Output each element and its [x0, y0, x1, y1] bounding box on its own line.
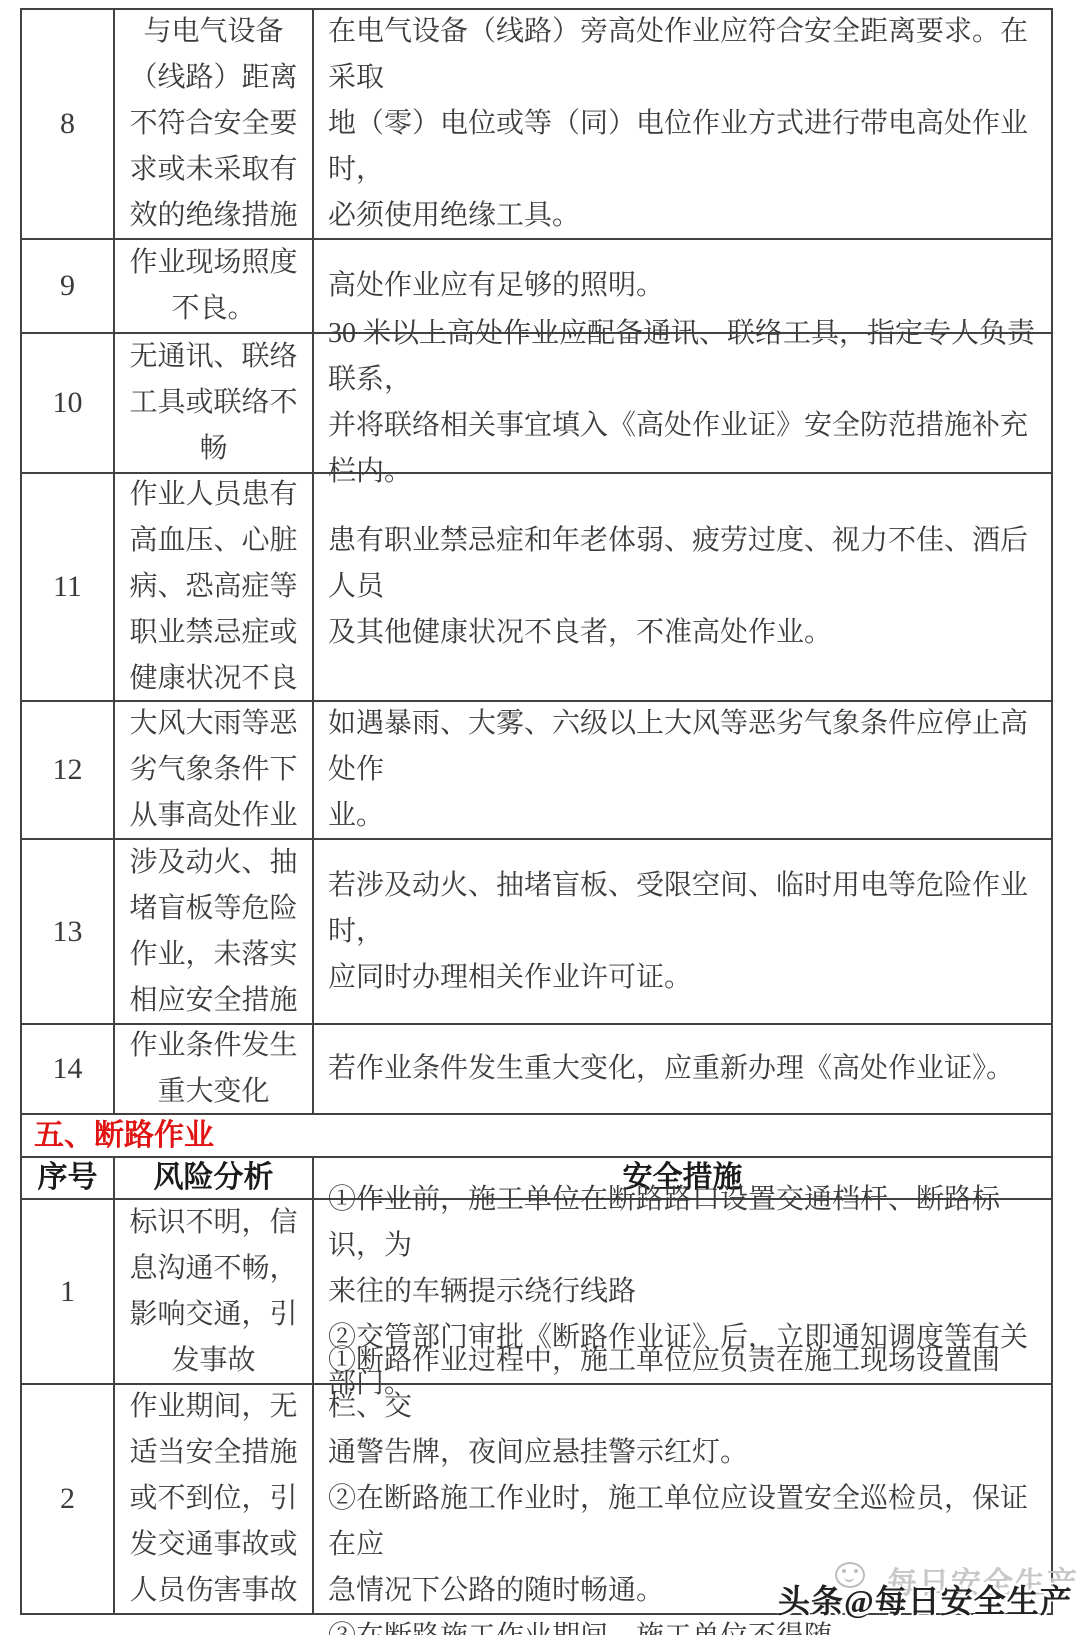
- cell-serial-number: 12: [22, 702, 115, 838]
- cell-safety-measures: 若涉及动火、抽堵盲板、受限空间、临时用电等危险作业时， 应同时办理相关作业许可证…: [314, 840, 1051, 1023]
- table-row: 10无通讯、联络 工具或联络不 畅30 米以上高处作业应配备通讯、联络工具，指定…: [22, 334, 1051, 474]
- section-header-row: 五、断路作业: [22, 1115, 1051, 1158]
- cell-risk-analysis: 大风大雨等恶 劣气象条件下 从事高处作业: [115, 702, 314, 838]
- cell-serial-number: 9: [22, 240, 115, 332]
- table-row: 8与电气设备 （线路）距离 不符合安全要 求或未采取有 效的绝缘措施在电气设备（…: [22, 10, 1051, 240]
- table-row: 14作业条件发生 重大变化若作业条件发生重大变化，应重新办理《高处作业证》。: [22, 1025, 1051, 1115]
- cell-serial-number: 13: [22, 840, 115, 1023]
- cell-serial-number: 8: [22, 10, 115, 238]
- section-title: 五、断路作业: [22, 1115, 214, 1157]
- cell-serial-number: 1: [22, 1200, 115, 1383]
- cell-serial-number: 2: [22, 1385, 115, 1613]
- cell-safety-measures: 患有职业禁忌症和年老体弱、疲劳过度、视力不佳、酒后人员 及其他健康状况不良者，不…: [314, 474, 1051, 700]
- cell-risk-analysis: 作业期间，无 适当安全措施 或不到位，引 发交通事故或 人员伤害事故: [115, 1385, 314, 1613]
- cell-safety-measures: 30 米以上高处作业应配备通讯、联络工具，指定专人负责联系， 并将联络相关事宜填…: [314, 334, 1051, 472]
- cell-serial-number: 11: [22, 474, 115, 700]
- cell-risk-analysis: 无通讯、联络 工具或联络不 畅: [115, 334, 314, 472]
- document-page: 8与电气设备 （线路）距离 不符合安全要 求或未采取有 效的绝缘措施在电气设备（…: [0, 0, 1080, 1635]
- header-serial-number: 序号: [22, 1158, 115, 1198]
- cell-risk-analysis: 涉及动火、抽 堵盲板等危险 作业，未落实 相应安全措施: [115, 840, 314, 1023]
- cell-safety-measures: 如遇暴雨、大雾、六级以上大风等恶劣气象条件应停止高处作 业。: [314, 702, 1051, 838]
- table-row: 13涉及动火、抽 堵盲板等危险 作业，未落实 相应安全措施若涉及动火、抽堵盲板、…: [22, 840, 1051, 1025]
- cell-risk-analysis: 作业人员患有 高血压、心脏 病、恐高症等 职业禁忌症或 健康状况不良: [115, 474, 314, 700]
- table-row: 12大风大雨等恶 劣气象条件下 从事高处作业如遇暴雨、大雾、六级以上大风等恶劣气…: [22, 702, 1051, 840]
- cell-serial-number: 10: [22, 334, 115, 472]
- cell-safety-measures: 若作业条件发生重大变化，应重新办理《高处作业证》。: [314, 1025, 1051, 1113]
- cell-risk-analysis: 标识不明，信 息沟通不畅， 影响交通，引 发事故: [115, 1200, 314, 1383]
- cell-risk-analysis: 作业条件发生 重大变化: [115, 1025, 314, 1113]
- header-risk-analysis: 风险分析: [115, 1158, 314, 1198]
- cell-risk-analysis: 与电气设备 （线路）距离 不符合安全要 求或未采取有 效的绝缘措施: [115, 10, 314, 238]
- table-row: 2作业期间，无 适当安全措施 或不到位，引 发交通事故或 人员伤害事故①断路作业…: [22, 1385, 1051, 1613]
- cell-safety-measures: ①断路作业过程中，施工单位应负责在施工现场设置围栏、交 通警告牌，夜间应悬挂警示…: [314, 1385, 1051, 1613]
- cell-serial-number: 14: [22, 1025, 115, 1113]
- cell-safety-measures: 在电气设备（线路）旁高处作业应符合安全距离要求。在采取 地（零）电位或等（同）电…: [314, 10, 1051, 238]
- table-row: 11作业人员患有 高血压、心脏 病、恐高症等 职业禁忌症或 健康状况不良患有职业…: [22, 474, 1051, 702]
- cell-risk-analysis: 作业现场照度 不良。: [115, 240, 314, 332]
- risk-table: 8与电气设备 （线路）距离 不符合安全要 求或未采取有 效的绝缘措施在电气设备（…: [20, 8, 1053, 1615]
